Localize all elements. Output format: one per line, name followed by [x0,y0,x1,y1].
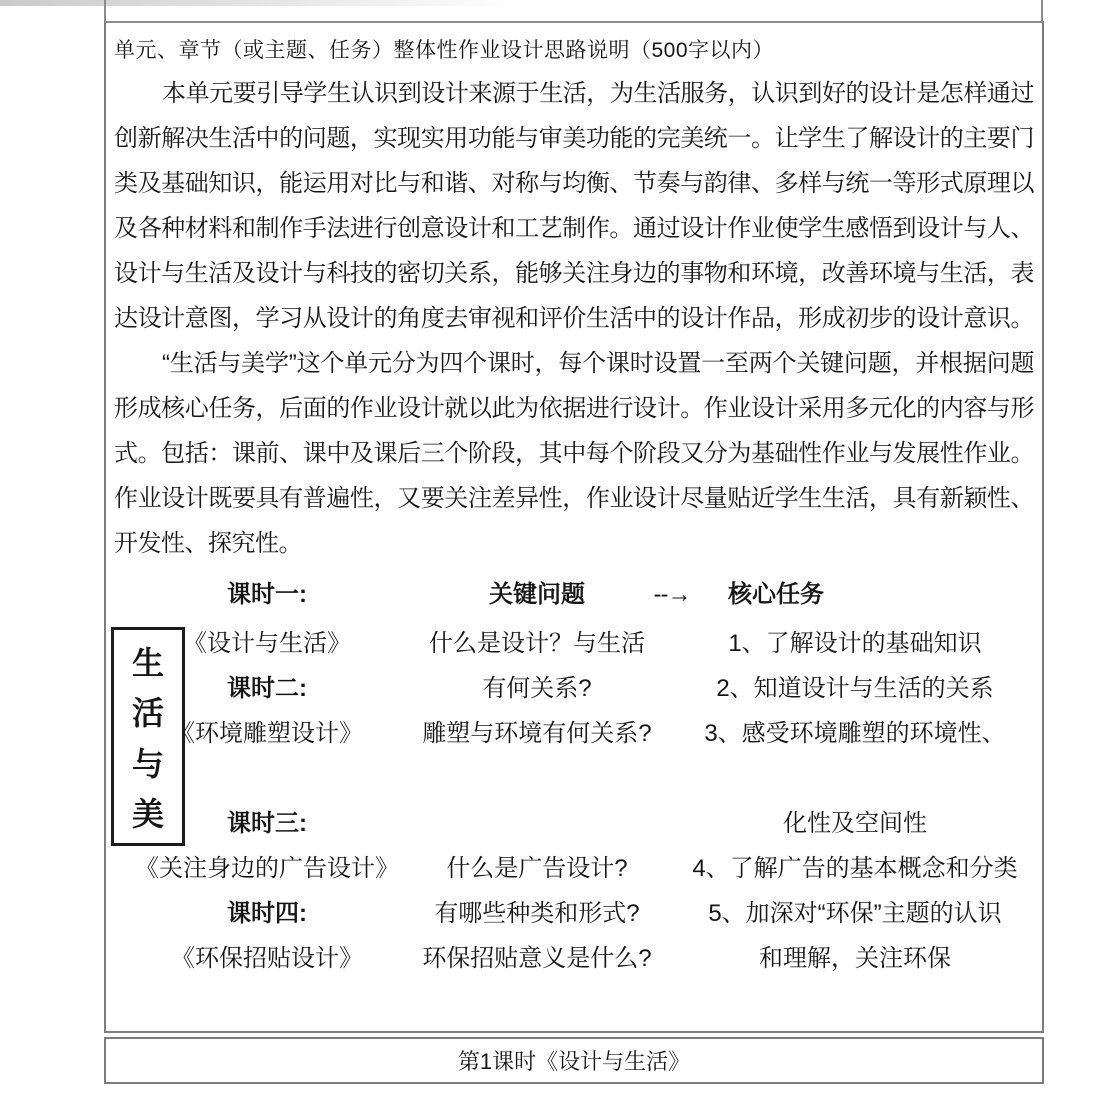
schedule-row: 《关注身边的广告设计》 什么是广告设计? 4、了解广告的基本概念和分类 [114,846,1034,891]
unit-title-box: 生 活 与 美 [111,627,185,846]
schedule-row: 《环境雕塑设计》 雕塑与环境有何关系? 3、感受环境雕塑的环境性、 [114,711,1034,756]
key-question: 有哪些种类和形式? [420,891,654,936]
paragraph-line: 达设计意图，学习从设计的角度去审视和评价生活中的设计作品，形成初步的设计意识。 [114,296,1034,341]
unit-title-char: 生 [132,638,164,684]
key-question [420,756,654,801]
paragraph-line: “生活与美学”这个单元分为四个课时，每个课时设置一至两个关键问题，并根据问题 [114,341,1034,386]
table-border-tick-right [1041,0,1043,22]
key-question: 什么是设计？与生活 [420,621,654,666]
paragraph-line: 作业设计既要具有普遍性，又要关注差异性，作业设计尽量贴近学生生活，具有新颖性、 [114,476,1034,521]
paragraph-line: 形成核心任务，后面的作业设计就以此为依据进行设计。作业设计采用多元化的内容与形 [114,386,1034,431]
unit-title-char: 美 [132,789,164,835]
schedule-row-empty [114,756,1034,801]
core-task: 1、了解设计的基础知识 [654,621,1034,666]
core-task: 和理解，关注环保 [654,936,1034,981]
core-task: 5、加深对“环保”主题的认识 [654,891,1034,936]
schedule-row: 《环保招贴设计》 环保招贴意义是什么? 和理解，关注环保 [114,936,1034,981]
paragraph-line: 开发性、探究性。 [114,521,1034,566]
lesson-header: 课时一: [114,572,420,617]
schedule-row: 课时三: 化性及空间性 [114,801,1034,846]
table-border-tick-left [104,0,106,22]
paragraph-1: 本单元要引导学生认识到设计来源于生活，为生活服务，认识到好的设计是怎样通过 创新… [114,71,1034,341]
footer-lesson-row: 第1课时《设计与生活》 [104,1037,1044,1084]
unit-title-char: 与 [132,739,164,785]
key-question-header: 关键问题 [420,572,654,617]
paragraph-line: 类及基础知识，能运用对比与和谐、对称与均衡、节奏与韵律、多样与统一等形式原理以 [114,161,1034,206]
paragraph-line: 式。包括：课前、课中及课后三个阶段，其中每个阶段又分为基础性作业与发展性作业。 [114,431,1034,476]
cell-title: 单元、章节（或主题、任务）整体性作业设计思路说明（500字以内） [114,31,1034,71]
schedule-header-row: 课时一: 关键问题 --→ 核心任务 [114,572,1034,617]
core-task: 化性及空间性 [654,801,1034,846]
key-question: 有何关系? [420,666,654,711]
scanned-document-page: 单元、章节（或主题、任务）整体性作业设计思路说明（500字以内） 本单元要引导学… [0,0,1096,1099]
key-question: 环保招贴意义是什么? [420,936,654,981]
key-question: 什么是广告设计? [420,846,654,891]
core-task: 2、知道设计与生活的关系 [654,666,1034,711]
dashed-arrow-icon: --→ [646,572,698,617]
lesson-schedule: 课时一: 关键问题 --→ 核心任务 《设计与生活》 什么是设计？与生活 1、了… [114,572,1034,981]
core-task: 3、感受环境雕塑的环境性、 [654,711,1034,756]
paragraph-2: “生活与美学”这个单元分为四个课时，每个课时设置一至两个关键问题，并根据问题 形… [114,341,1034,566]
lesson-title: 课时四: [114,891,420,936]
schedule-row: 《设计与生活》 什么是设计？与生活 1、了解设计的基础知识 [114,621,1034,666]
unit-title-char: 活 [132,688,164,734]
core-task: 4、了解广告的基本概念和分类 [654,846,1034,891]
document-table: 单元、章节（或主题、任务）整体性作业设计思路说明（500字以内） 本单元要引导学… [104,21,1044,1084]
lesson-title: 《环保招贴设计》 [114,936,420,981]
paragraph-line: 本单元要引导学生认识到设计来源于生活，为生活服务，认识到好的设计是怎样通过 [114,71,1034,116]
design-overview-cell: 单元、章节（或主题、任务）整体性作业设计思路说明（500字以内） 本单元要引导学… [104,21,1044,1033]
key-question: 雕塑与环境有何关系? [420,711,654,756]
paragraph-line: 及各种材料和制作手法进行创意设计和工艺制作。通过设计作业使学生感悟到设计与人、 [114,206,1034,251]
footer-lesson-title: 第1课时《设计与生活》 [458,1045,690,1076]
key-question [420,801,654,846]
paragraph-line: 设计与生活及设计与科技的密切关系，能够关注身边的事物和环境，改善环境与生活，表 [114,251,1034,296]
schedule-row: 课时二: 有何关系? 2、知道设计与生活的关系 [114,666,1034,711]
core-task [654,756,1034,801]
core-task-header: 核心任务 [728,572,824,617]
lesson-title: 《关注身边的广告设计》 [114,846,420,891]
scan-artifact [0,0,520,6]
schedule-row: 课时四: 有哪些种类和形式? 5、加深对“环保”主题的认识 [114,891,1034,936]
paragraph-line: 创新解决生活中的问题，实现实用功能与审美功能的完美统一。让学生了解设计的主要门 [114,116,1034,161]
